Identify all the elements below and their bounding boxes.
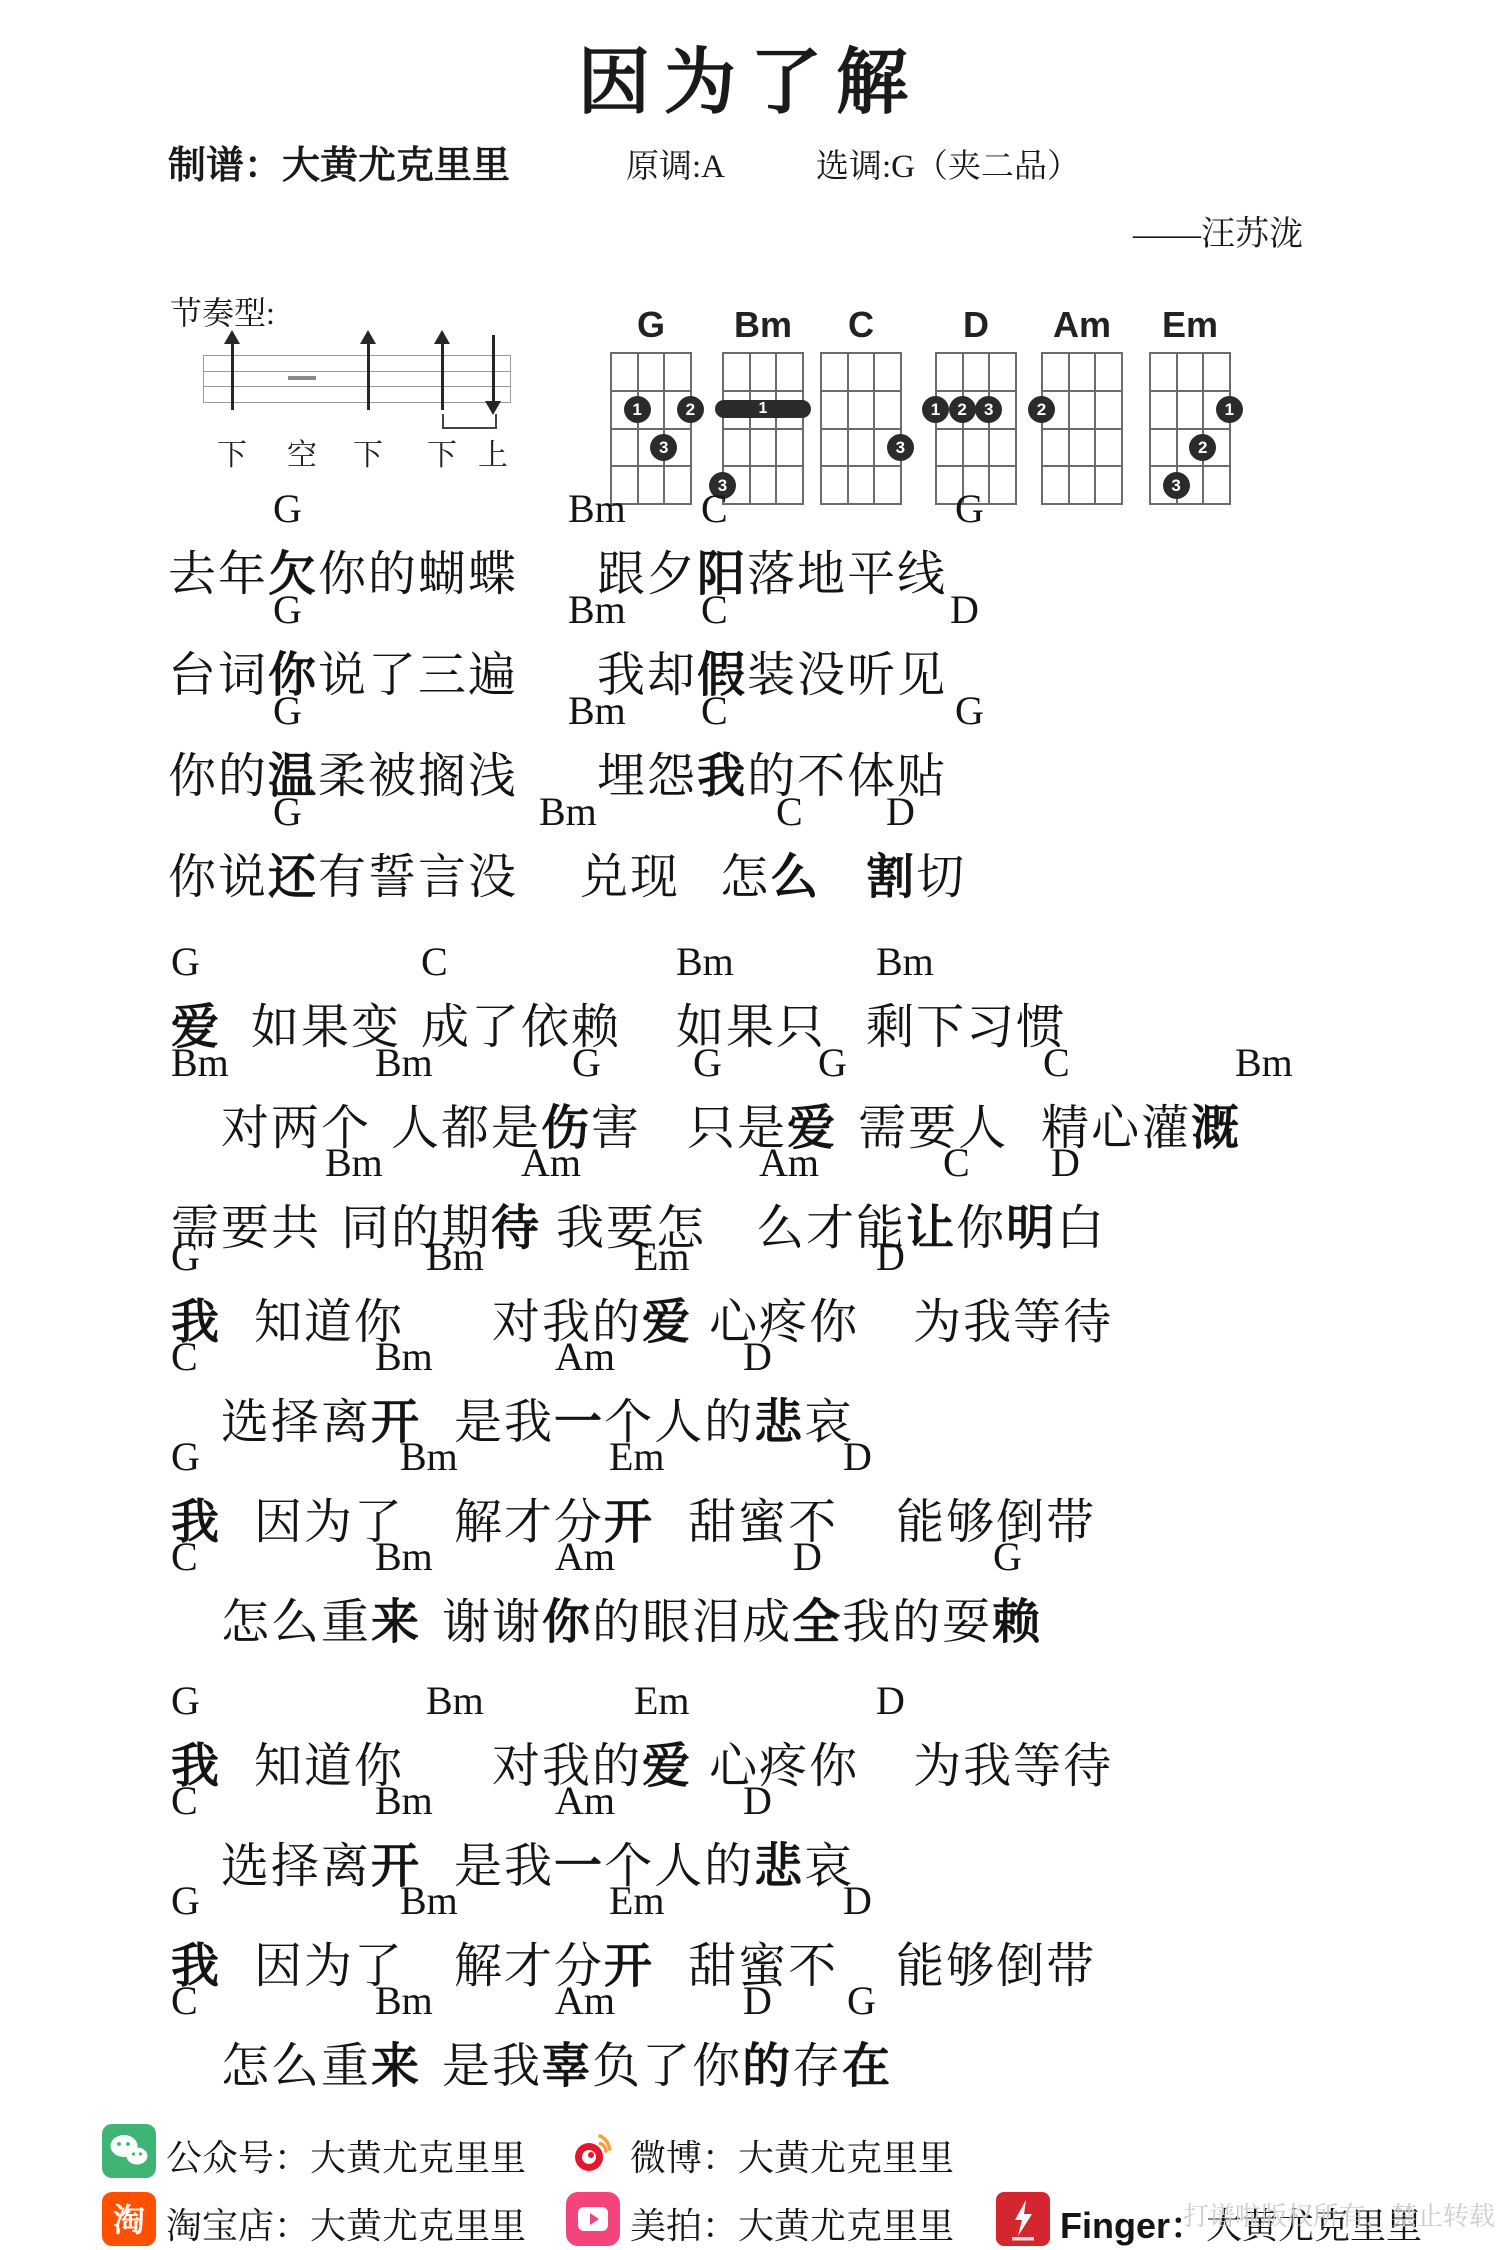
fret-line (1041, 352, 1123, 354)
song-title: 因为了解 (0, 24, 1500, 128)
up-strum-arrow (441, 342, 444, 410)
watermark: 打谱啦版权所有，禁止转载 (1183, 2196, 1500, 2233)
rhythm-staff (203, 355, 511, 403)
lyric-text: 你说 (168, 851, 268, 904)
lyric-gap (680, 892, 720, 893)
chord-name: C (800, 304, 922, 346)
fret-line (722, 465, 804, 467)
fret-line (935, 465, 1017, 467)
chord-label: Am (555, 1777, 615, 1824)
song-line: GBmCG去年欠你的蝴蝶跟夕阳落地平线 (0, 485, 1500, 585)
lyric-text: 我的耍 (842, 1596, 992, 1649)
song-line: GBmEmD我知道你对我的爱心疼你为我等待 (0, 1233, 1500, 1333)
finger-dot: 1 (922, 396, 949, 423)
chord-label: C (943, 1139, 970, 1186)
chord-label: C (171, 1533, 198, 1580)
chord-label: Em (634, 1677, 690, 1724)
chord-name: D (915, 304, 1037, 346)
chord-label: Am (555, 1977, 615, 2024)
chord-label: G (171, 1877, 200, 1924)
up-strum-arrow (367, 342, 370, 410)
taobao-icon: 淘 (102, 2192, 156, 2246)
lyric-text: 怎 (720, 851, 770, 904)
fret-line (820, 428, 902, 430)
up-arrowhead (224, 330, 240, 344)
chord-label: Am (555, 1333, 615, 1380)
song-line: CBmAmDG怎么重来是我辜负了你的存在 (0, 1977, 1500, 2077)
lyric-accent: 来 (371, 2040, 421, 2093)
meipai-icon (566, 2192, 620, 2246)
chord-label: Bm (400, 1433, 458, 1480)
chord-label: Em (609, 1877, 665, 1924)
fret-line (1041, 390, 1123, 392)
chord-label: C (701, 485, 728, 532)
fret-line (820, 352, 902, 354)
fret-line (1149, 465, 1231, 467)
song-line: GBmCD台词你说了三遍我却假装没听见 (0, 586, 1500, 686)
footer-label: 淘宝店：大黄尤克里里 (166, 2198, 526, 2249)
artist-credit: ——汪苏泷 (1133, 206, 1303, 255)
footer-label: 美拍：大黄尤克里里 (630, 2198, 954, 2249)
footer-label: 微博：大黄尤克里里 (630, 2130, 954, 2181)
lyric-text: 有誓言没 (318, 851, 518, 904)
lyric-text: 的眼泪成 (592, 1596, 792, 1649)
chord-label: D (743, 1977, 772, 2024)
rhythm-pattern-diagram: 下空下下上 (195, 330, 525, 465)
lyric-accent: 的 (742, 2040, 792, 2093)
chord-label: G (171, 1433, 200, 1480)
chord-label: Bm (1235, 1039, 1293, 1086)
lyric-gap (421, 2081, 442, 2082)
fret-line (1041, 465, 1123, 467)
song-line: GBmEmD我知道你对我的爱心疼你为我等待 (0, 1677, 1500, 1777)
lyric-gap (421, 1637, 442, 1638)
chord-name: Em (1129, 304, 1251, 346)
chord-label: C (171, 1977, 198, 2024)
lyric-text: 存 (792, 2040, 842, 2093)
stroke-direction-label: 下 (353, 430, 383, 474)
finger-dot: 3 (975, 396, 1002, 423)
lyric-accent: 在 (842, 2040, 892, 2093)
chord-label: G (955, 485, 984, 532)
finger-dot: 2 (1028, 396, 1055, 423)
fret-line (1149, 428, 1231, 430)
beam-bracket (442, 414, 497, 429)
svg-text:淘: 淘 (113, 2202, 145, 2238)
fret-line (820, 390, 902, 392)
fret-line (935, 390, 1017, 392)
chord-label: D (743, 1333, 772, 1380)
lyric-accent: 你 (542, 1596, 592, 1649)
chord-label: G (818, 1039, 847, 1086)
chord-label: D (876, 1677, 905, 1724)
chord-label: C (701, 586, 728, 633)
fret-line (1041, 428, 1123, 430)
footer-label-text: 公众号：大黄尤克里里 (166, 2138, 526, 2178)
chord-label: D (843, 1877, 872, 1924)
song-line: BmAmAmCD需要共同的期待我要怎么才能让你明白 (0, 1139, 1500, 1239)
chord-diagram-G: G123 (610, 352, 692, 505)
chord-label: G (273, 788, 302, 835)
chord-label: C (701, 687, 728, 734)
chord-label: C (1043, 1039, 1070, 1086)
chord-label: Bm (325, 1139, 383, 1186)
lyric-accent: 还 (268, 851, 318, 904)
chord-label: G (171, 1677, 200, 1724)
finger-dot: 2 (677, 396, 704, 423)
chord-label: Bm (375, 1977, 433, 2024)
rhythm-staff-line (204, 371, 510, 372)
song-line: GBmCG你的温柔被搁浅埋怨我的不体贴 (0, 687, 1500, 787)
footer-label: 公众号：大黄尤克里里 (166, 2130, 526, 2181)
lyric-accent: 全 (792, 1596, 842, 1649)
chord-label: Bm (171, 1039, 229, 1086)
song-line: GBmEmD我因为了解才分开甜蜜不能够倒带 (0, 1433, 1500, 1533)
chord-label: G (693, 1039, 722, 1086)
finger-dot: 3 (887, 434, 914, 461)
up-strum-arrow (231, 342, 234, 410)
lyric-text: 切 (916, 851, 966, 904)
chord-label: D (876, 1233, 905, 1280)
lyric-text: 负了你 (592, 2040, 742, 2093)
lyric-accent: 辜 (542, 2040, 592, 2093)
lyric-line: 怎么重来是我辜负了你的存在 (221, 2027, 892, 2096)
lyric-line: 怎么重来谢谢你的眼泪成全我的耍赖 (221, 1583, 1042, 1652)
rhythm-pattern-label: 节奏型: (170, 288, 275, 334)
fret-line (722, 428, 804, 430)
lyric-gap (820, 892, 866, 893)
chord-label: G (171, 1233, 200, 1280)
lyric-text: 兑现 (580, 851, 680, 904)
chord-label: Bm (375, 1333, 433, 1380)
chord-label: Bm (375, 1039, 433, 1086)
chord-diagram-D: D123 (935, 352, 1017, 505)
chord-label: Bm (568, 687, 626, 734)
chord-label: D (843, 1433, 872, 1480)
chord-label: Bm (676, 938, 734, 985)
song-line: GCBmBm爱如果变成了依赖如果只剩下习惯 (0, 938, 1500, 1038)
lyric-accent: 么 (770, 851, 820, 904)
footer-label-text: 淘宝店：大黄尤克里里 (166, 2206, 526, 2246)
weibo-icon (566, 2124, 620, 2178)
chord-label: D (743, 1777, 772, 1824)
chord-diagram-C: C3 (820, 352, 902, 505)
stroke-direction-label: 下 (427, 430, 457, 474)
chord-label: G (847, 1977, 876, 2024)
chord-label: C (171, 1333, 198, 1380)
rest-dash-mark (288, 376, 316, 380)
chord-label: D (793, 1533, 822, 1580)
rhythm-staff-line (204, 386, 510, 387)
lyric-gap (518, 892, 580, 893)
song-line: CBmAmDG怎么重来谢谢你的眼泪成全我的耍赖 (0, 1533, 1500, 1633)
chord-label: G (273, 485, 302, 532)
chord-sheet-page: 因为了解 制谱：大黄尤克里里 原调:A 选调:G（夹二品） ——汪苏泷 节奏型:… (0, 0, 1500, 2250)
fret-line (610, 465, 692, 467)
fret-line (610, 352, 692, 354)
chord-name: Am (1021, 304, 1143, 346)
chord-label: Am (759, 1139, 819, 1186)
chord-label: Em (634, 1233, 690, 1280)
stroke-direction-label: 下 (217, 430, 247, 474)
song-line: CBmAmD选择离开是我一个人的悲哀 (0, 1333, 1500, 1433)
chord-label: Am (521, 1139, 581, 1186)
stroke-direction-label: 上 (478, 430, 508, 474)
footer-label-text: 美拍：大黄尤克里里 (630, 2206, 954, 2246)
finger-dot: 1 (1216, 396, 1243, 423)
chord-diagram-Am: Am2 (1041, 352, 1123, 505)
lyric-accent: 割 (866, 851, 916, 904)
up-arrowhead (360, 330, 376, 344)
chord-label: Bm (400, 1877, 458, 1924)
chord-diagram-Bm: Bm13 (722, 352, 804, 505)
chord-label: G (171, 938, 200, 985)
chord-label: Bm (568, 485, 626, 532)
chord-label: Bm (876, 938, 934, 985)
song-line: GBmEmD我因为了解才分开甜蜜不能够倒带 (0, 1877, 1500, 1977)
chord-label: G (955, 687, 984, 734)
song-line: CBmAmD选择离开是我一个人的悲哀 (0, 1777, 1500, 1877)
chord-label: D (950, 586, 979, 633)
down-strum-arrow (492, 335, 495, 403)
down-arrowhead (485, 401, 501, 415)
chord-label: C (421, 938, 448, 985)
finger-dot: 3 (650, 434, 677, 461)
chord-diagram-Em: Em123 (1149, 352, 1231, 505)
chord-label: G (572, 1039, 601, 1086)
finger-dot: 2 (1189, 434, 1216, 461)
chord-label: Bm (375, 1777, 433, 1824)
chord-label: D (1051, 1139, 1080, 1186)
play-key: 选调:G（夹二品） (816, 140, 1080, 187)
lyric-line: 你说还有誓言没兑现怎么割切 (168, 838, 966, 907)
chord-label: G (993, 1533, 1022, 1580)
chord-label: D (886, 788, 915, 835)
chord-label: Em (609, 1433, 665, 1480)
chord-label: C (171, 1777, 198, 1824)
chord-label: Bm (426, 1233, 484, 1280)
chord-name: G (590, 304, 712, 346)
stroke-direction-label: 空 (287, 430, 317, 474)
lyric-accent: 赖 (992, 1596, 1042, 1649)
fret-line (722, 352, 804, 354)
producer-credit: 制谱：大黄尤克里里 (168, 134, 510, 189)
fret-line (820, 465, 902, 467)
up-arrowhead (434, 330, 450, 344)
chord-label: C (776, 788, 803, 835)
barre-marker: 1 (715, 400, 811, 418)
finger-dot: 1 (624, 396, 651, 423)
lyric-accent: 来 (371, 1596, 421, 1649)
lyric-text: 怎么重 (221, 1596, 371, 1649)
chord-label: G (273, 586, 302, 633)
song-line: GBmCD你说还有誓言没兑现怎么割切 (0, 788, 1500, 888)
fret-line (1149, 390, 1231, 392)
lyric-text: 谢谢 (442, 1596, 542, 1649)
chord-label: Bm (539, 788, 597, 835)
song-line: BmBmGGGCBm对两个人都是伤害只是爱需要人精心灌溉 (0, 1039, 1500, 1139)
finger-icon (996, 2192, 1050, 2246)
lyric-text: 怎么重 (221, 2040, 371, 2093)
fret-line (610, 390, 692, 392)
chord-label: Bm (375, 1533, 433, 1580)
fret-line (935, 352, 1017, 354)
chord-label: Am (555, 1533, 615, 1580)
original-key: 原调:A (626, 140, 725, 187)
fret-line (935, 428, 1017, 430)
footer-label-text: 微博：大黄尤克里里 (630, 2138, 954, 2178)
chord-label: G (273, 687, 302, 734)
finger-dot: 2 (949, 396, 976, 423)
fret-line (610, 428, 692, 430)
fret-line (722, 390, 804, 392)
lyric-text: 是我 (442, 2040, 542, 2093)
chord-label: Bm (568, 586, 626, 633)
chord-label: Bm (426, 1677, 484, 1724)
wechat-icon (102, 2124, 156, 2178)
fret-line (1149, 352, 1231, 354)
